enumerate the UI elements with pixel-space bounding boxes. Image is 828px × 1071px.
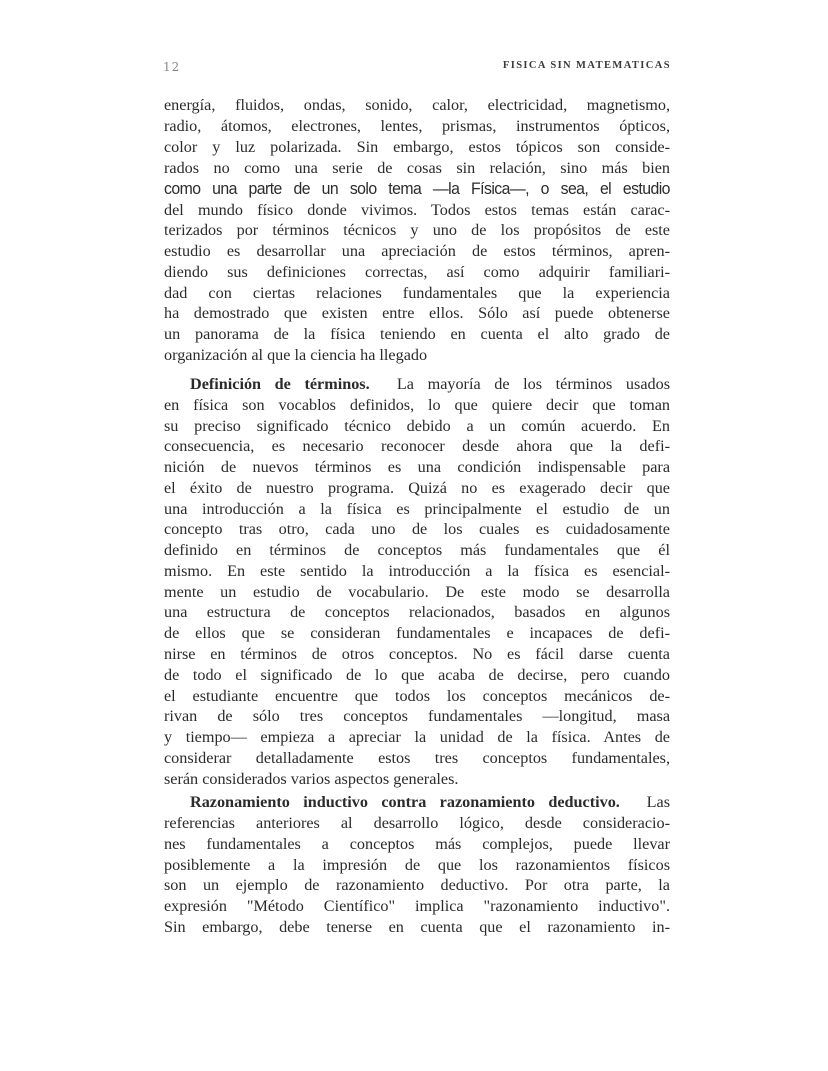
text-line: estudio es desarrollar una apreciación d… xyxy=(164,241,670,261)
book-page: 12 FISICA SIN MATEMATICAS energía, fluid… xyxy=(0,0,828,1071)
text-line: radio, átomos, electrones, lentes, prism… xyxy=(164,116,670,136)
text-line: Sin embargo, debe tenerse en cuenta que … xyxy=(164,917,670,937)
text-line: Razonamiento inductivo contra razonamien… xyxy=(190,792,670,812)
text-line: posiblemente a la impresión de que los r… xyxy=(164,855,670,875)
text-line: el éxito de nuestro programa. Quizá no e… xyxy=(164,478,670,498)
text-line: definido en términos de conceptos más fu… xyxy=(164,540,670,560)
text-line: un panorama de la física teniendo en cue… xyxy=(164,324,670,344)
text-line: de ellos que se consideran fundamentales… xyxy=(164,623,670,643)
text-line: diendo sus definiciones correctas, así c… xyxy=(164,262,670,282)
text-line: rados no como una serie de cosas sin rel… xyxy=(164,158,670,178)
page-header: 12 FISICA SIN MATEMATICAS xyxy=(163,60,671,78)
page-number: 12 xyxy=(163,60,180,74)
text-line: el estudiante encuentre que todos los co… xyxy=(164,686,670,706)
text-line: concepto tras otro, cada uno de los cual… xyxy=(164,519,670,539)
section-heading: Razonamiento inductivo contra razonamien… xyxy=(190,793,620,811)
text-line: mismo. En este sentido la introducción a… xyxy=(164,561,670,581)
text-line: rivan de sólo tres conceptos fundamental… xyxy=(164,706,670,726)
text-line: una introducción a la física es principa… xyxy=(164,499,670,519)
text-line: una estructura de conceptos relacionados… xyxy=(164,602,670,622)
text-line: del mundo físico donde vivimos. Todos es… xyxy=(164,200,670,220)
text-line: son un ejemplo de razonamiento deductivo… xyxy=(164,875,670,895)
text-line: organización al que la ciencia ha llegad… xyxy=(164,345,670,365)
text-line: Definición de términos. La mayoría de lo… xyxy=(190,374,670,394)
text-line: expresión "Método Científico" implica "r… xyxy=(164,896,670,916)
text-line: energía, fluidos, ondas, sonido, calor, … xyxy=(164,95,670,115)
running-title: FISICA SIN MATEMATICAS xyxy=(503,60,671,71)
text-line: ha demostrado que existen entre ellos. S… xyxy=(164,303,670,323)
text-line: de todo el significado de lo que acaba d… xyxy=(164,665,670,685)
text-span: Las xyxy=(647,793,670,811)
section-heading: Definición de términos. xyxy=(190,375,370,393)
text-line: serán considerados varios aspectos gener… xyxy=(164,769,670,789)
text-line: y tiempo— empieza a apreciar la unidad d… xyxy=(164,727,670,747)
text-line: color y luz polarizada. Sin embargo, est… xyxy=(164,137,670,157)
text-span: La mayoría de los términos usados xyxy=(397,375,670,393)
text-line: mente un estudio de vocabulario. De este… xyxy=(164,582,670,602)
text-line: en física son vocablos definidos, lo que… xyxy=(164,395,670,415)
text-line: como una parte de un solo tema —la Físic… xyxy=(164,179,670,199)
text-line: nirse en términos de otros conceptos. No… xyxy=(164,644,670,664)
text-line: nes fundamentales a conceptos más comple… xyxy=(164,834,670,854)
text-line: terizados por términos técnicos y uno de… xyxy=(164,220,670,240)
text-line: considerar detalladamente estos tres con… xyxy=(164,748,670,768)
text-line: su preciso significado técnico debido a … xyxy=(164,416,670,436)
text-line: dad con ciertas relaciones fundamentales… xyxy=(164,283,670,303)
text-line: nición de nuevos términos es una condici… xyxy=(164,457,670,477)
text-line: consecuencia, es necesario reconocer des… xyxy=(164,436,670,456)
text-line: referencias anteriores al desarrollo lóg… xyxy=(164,813,670,833)
